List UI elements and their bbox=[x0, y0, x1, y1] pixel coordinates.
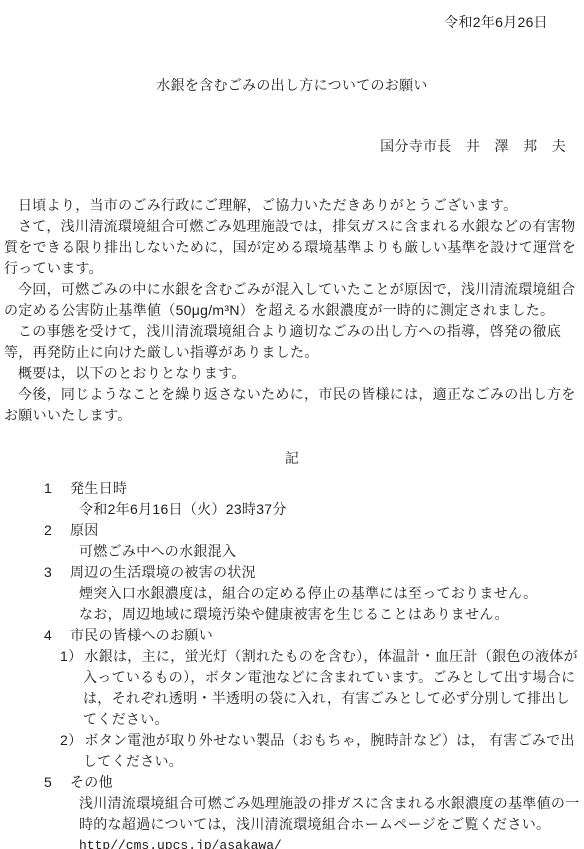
item-heading-row: 3周辺の生活環境の被害の状況 bbox=[4, 562, 580, 583]
item-heading-row: 1発生日時 bbox=[4, 478, 580, 499]
item-heading-row: 5その他 bbox=[4, 772, 580, 793]
sub-item: 2）ボタン電池が取り外せない製品（おもちゃ，腕時計など）は， 有害ごみで出してく… bbox=[4, 730, 580, 772]
item-heading: 周辺の生活環境の被害の状況 bbox=[70, 564, 256, 580]
item-heading: 市民の皆様へのお願い bbox=[70, 627, 213, 643]
body-paragraph: 概要は，以下のとおりとなります。 bbox=[4, 363, 580, 384]
item-heading: その他 bbox=[70, 774, 113, 790]
subitem-marker: 2） bbox=[60, 732, 82, 748]
list-item: 5その他 浅川清流環境組合可燃ごみ処理施設の排ガスに含まれる水銀濃度の基準値の一… bbox=[4, 772, 580, 849]
signature-line: 国分寺市長 井 澤 邦 夫 bbox=[4, 136, 580, 157]
list-item: 1発生日時 令和2年6月16日（火）23時37分 bbox=[4, 478, 580, 520]
list-item: 3周辺の生活環境の被害の状況 煙突入口水銀濃度は，組合の定める停止の基準には至っ… bbox=[4, 562, 580, 625]
item-number: 1 bbox=[44, 478, 70, 499]
item-heading: 原因 bbox=[70, 522, 99, 538]
document-page: 令和2年6月26日 水銀を含むごみの出し方についてのお願い 国分寺市長 井 澤 … bbox=[0, 0, 584, 849]
item-heading: 発生日時 bbox=[70, 480, 127, 496]
item-detail-line: なお，周辺地域に環境汚染や健康被害を生じることはありません。 bbox=[4, 604, 580, 625]
item-detail-line: 可燃ごみ中への水銀混入 bbox=[4, 541, 580, 562]
date-line: 令和2年6月26日 bbox=[4, 12, 580, 33]
item-heading-row: 2原因 bbox=[4, 520, 580, 541]
sub-item: 1）水銀は，主に，蛍光灯（割れたものを含む），体温計・血圧計（銀色の液体が入って… bbox=[4, 646, 580, 730]
item-number: 5 bbox=[44, 772, 70, 793]
document-title: 水銀を含むごみの出し方についてのお願い bbox=[4, 75, 580, 96]
body-paragraph: この事態を受けて，浅川清流環境組合より適切なごみの出し方への指導，啓発の徹底等，… bbox=[4, 321, 580, 363]
body-paragraphs: 日頃より，当市のごみ行政にご理解，ご協力いただきありがとうございます。 さて，浅… bbox=[4, 195, 580, 426]
item-detail-line: 浅川清流環境組合可燃ごみ処理施設の排ガスに含まれる水銀濃度の基準値の一時的な超過… bbox=[4, 793, 580, 835]
numbered-list: 1発生日時 令和2年6月16日（火）23時37分 2原因 可燃ごみ中への水銀混入… bbox=[4, 478, 580, 849]
item-detail-line: 煙突入口水銀濃度は，組合の定める停止の基準には至っておりません。 bbox=[4, 583, 580, 604]
homepage-url: http//cms.upcs.jp/asakawa/ bbox=[4, 835, 580, 849]
item-detail-line: 令和2年6月16日（火）23時37分 bbox=[4, 499, 580, 520]
list-item: 4市民の皆様へのお願い 1）水銀は，主に，蛍光灯（割れたものを含む），体温計・血… bbox=[4, 625, 580, 772]
body-paragraph: 今後，同じようなことを繰り返さないために，市民の皆様には，適正なごみの出し方をお… bbox=[4, 384, 580, 426]
list-item: 2原因 可燃ごみ中への水銀混入 bbox=[4, 520, 580, 562]
item-number: 4 bbox=[44, 625, 70, 646]
subitem-text: 水銀は，主に，蛍光灯（割れたものを含む），体温計・血圧計（銀色の液体が入っている… bbox=[83, 648, 578, 727]
body-paragraph: 日頃より，当市のごみ行政にご理解，ご協力いただきありがとうございます。 bbox=[4, 195, 580, 216]
body-paragraph: 今回，可燃ごみの中に水銀を含むごみが混入していたことが原因で，浅川清流環境組合の… bbox=[4, 279, 580, 321]
subitem-text: ボタン電池が取り外せない製品（おもちゃ，腕時計など）は， 有害ごみで出してくださ… bbox=[83, 732, 575, 769]
body-paragraph: さて，浅川清流環境組合可燃ごみ処理施設では，排気ガスに含まれる水銀などの有害物質… bbox=[4, 216, 580, 279]
item-number: 2 bbox=[44, 520, 70, 541]
record-marker: 記 bbox=[4, 448, 580, 469]
item-number: 3 bbox=[44, 562, 70, 583]
item-heading-row: 4市民の皆様へのお願い bbox=[4, 625, 580, 646]
subitem-marker: 1） bbox=[60, 648, 82, 664]
